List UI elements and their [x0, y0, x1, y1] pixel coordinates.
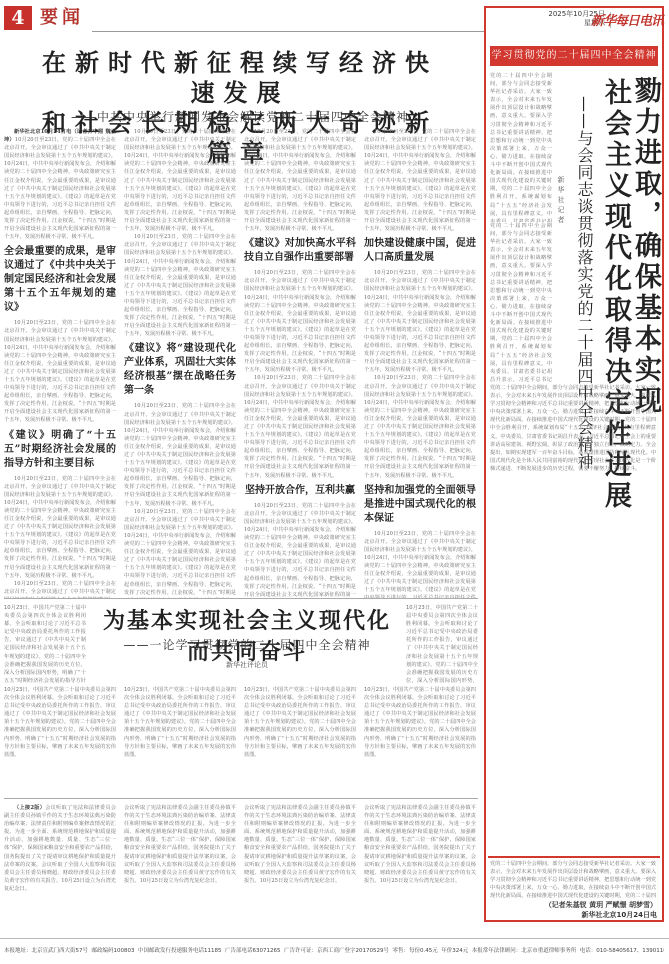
feature-text-full: 党的二十届四中全会期间，部分与会同志接受新华社记者采访。大家一致表示，全会对未来… — [490, 384, 656, 854]
feature-dateline: 新华社北京10月24日电 — [545, 910, 657, 920]
footer-divider — [0, 938, 669, 939]
feature-credit: （记者朱基钗 黄玥 严赋憬 胡梦雪） 新华社北京10月24日电 — [545, 900, 657, 920]
section-heading: 《建议》明确了“十五五”时期经济社会发展的指导方针和主要目标 — [4, 429, 116, 471]
main-subhead: ——中共中央举行新闻发布会解读党的二十届四中全会精神 — [30, 108, 450, 125]
feature-title-line1: 勠力进取，确保基本实现 — [630, 76, 660, 417]
footer-address: 本报地址：北京宣武门西大街57号 — [4, 948, 88, 954]
continued-label: （上接2版） — [14, 805, 45, 811]
main-article-column-3: 10月20日至23日，党的二十届四中全会在北京召开。全会审议通过了《中共中央关于… — [244, 128, 356, 598]
footer-annual-price: 年价324元 — [441, 948, 468, 954]
section-heading: 加快建设健康中国，促进人口高质量发展 — [364, 237, 476, 265]
page-number-badge: 4 — [4, 6, 32, 30]
continued-article-column-3: 会议听取了宪法和法律委员会副主任委员孙镇平作的关于生态环境法典污染防治编草案、法… — [244, 804, 356, 934]
feature-text-bottom: 党的二十届四中全会期间，部分与会同志接受新华社记者采访。大家一致表示，全会对未来… — [490, 860, 656, 900]
section-heading: 《建议》对加快高水平科技自立自强作出重要部署 — [244, 237, 356, 265]
continued-article-column-1: （上接2版）会议听取了宪法和法律委员会副主任委员孙镇平作的关于生态环境法典污染防… — [4, 804, 116, 934]
footer-legal: 本报常年法律顾问：北京市重道律师事务所 — [472, 948, 577, 954]
feature-byline: 新华社记者 — [556, 176, 566, 226]
footer-phone: 电话：010-58405617、13901102545 — [580, 948, 664, 954]
footer-ad-license: 广告许可证：京西工商广登字20170529号 — [284, 948, 389, 954]
feature-banner: 学习贯彻党的二十届四中全会精神 — [490, 46, 658, 66]
second-article-lead: 10月23日，中国共产党第二十届中央委员会第四次全体会议胜利闭幕。全会听取和讨论… — [4, 604, 86, 684]
main-headline-line1: 在新时代新征程续写经济快速发展 — [30, 48, 450, 108]
footer-price: 零售：每份0.45元 — [393, 948, 438, 954]
main-article-column-1: 新华社北京10月24日电（记者齐中熙 魏玉坤）10月20日至23日，党的二十届四… — [4, 128, 116, 598]
section-heading: 坚持开放合作，互利共赢 — [244, 484, 356, 498]
continued-article-column-4: 会议听取了宪法和法律委员会副主任委员孙镇平作的关于生态环境法典污染防治编草案、法… — [364, 804, 476, 934]
feature-divider — [488, 856, 660, 858]
second-byline: 新华社评论员 — [92, 660, 402, 670]
section-heading: 坚持和加强党的全面领导是推进中国式现代化的根本保证 — [364, 484, 476, 526]
continued-article-column-2: 会议听取了宪法和法律委员会副主任委员孙镇平作的关于生态环境法典污染防治编草案、法… — [124, 804, 236, 934]
section-name: 要闻 — [40, 6, 84, 30]
second-headline: 为基本实现社会主义现代化而共同奋斗 — [92, 604, 402, 666]
footer-postal: 邮政编码100803 — [92, 948, 135, 954]
feature-text-mid: 党的二十届四中全会期间，部分与会同志接受新华社记者采访。大家一致表示，全会对未来… — [490, 222, 552, 382]
feature-text-top: 党的二十届四中全会期间，部分与会同志接受新华社记者采访。大家一致表示，全会对未来… — [490, 72, 552, 222]
section-heading: 全会最重要的成果，是审议通过了《中共中央关于制定国民经济和社会发展第十五个五年规… — [4, 245, 116, 315]
footer-info: 本报地址：北京宣武门西大街57号 邮政编码100803 中国邮政发行投递服务电话… — [4, 946, 664, 954]
main-article-column-4: 10月20日至23日，党的二十届四中全会在北京召开。全会审议通过了《中共中央关于… — [364, 128, 476, 598]
second-article-column-3: 10月23日，中国共产党第二十届中央委员会第四次全体会议胜利闭幕。全会听取和讨论… — [244, 686, 356, 794]
footer-distribution: 中国邮政发行投递服务电话11185 — [138, 948, 222, 954]
article-divider — [4, 798, 478, 799]
second-article-column-1: 10月23日，中国共产党第二十届中央委员会第四次全体会议胜利闭幕。全会听取和讨论… — [4, 686, 116, 794]
second-subhead: ——一论学习贯彻党的二十届四中全会精神 — [92, 636, 402, 653]
main-article-column-2: 10月20日至23日，党的二十届四中全会在北京召开。全会审议通过了《中共中央关于… — [124, 128, 236, 598]
footer-ad-phone: 广告部电话63071265 — [225, 948, 281, 954]
feature-reporters: （记者朱基钗 黄玥 严赋憬 胡梦雪） — [545, 900, 657, 910]
second-article-side: 10月23日，中国共产党第二十届中央委员会第四次全体会议胜利闭幕。全会听取和讨论… — [406, 604, 478, 684]
article-divider — [4, 598, 478, 599]
section-heading: 《建议》将“建设现代化产业体系，巩固壮大实体经济根基”摆在战略任务第一条 — [124, 342, 236, 398]
masthead-logo: 新华每日电讯 — [591, 10, 663, 29]
second-article-column-4: 10月23日，中国共产党第二十届中央委员会第四次全体会议胜利闭幕。全会听取和讨论… — [364, 686, 476, 794]
second-article-column-2: 10月23日，中国共产党第二十届中央委员会第四次全体会议胜利闭幕。全会听取和讨论… — [124, 686, 236, 794]
